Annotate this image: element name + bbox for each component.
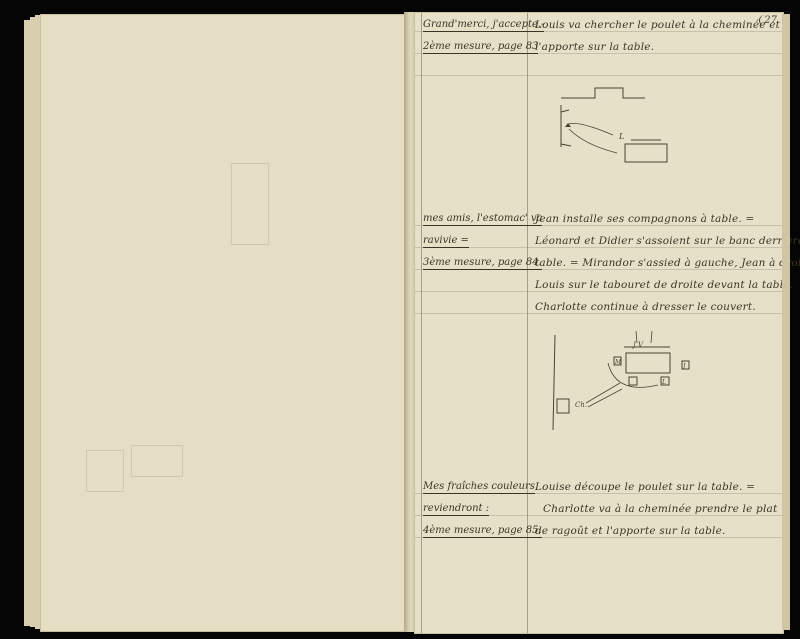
stage-direction: Charlotte continue à dresser le couvert. [535, 301, 756, 313]
sketch-label: L [618, 132, 624, 141]
cue-line: reviendront : [423, 503, 489, 516]
stage-direction: Louise découpe le poulet sur la table. = [535, 481, 755, 493]
cue-line: 2ème mesure, page 83 [423, 41, 538, 54]
sketch-label: M [614, 359, 622, 366]
cue-line: mes amis, l'estomac' va [423, 213, 542, 226]
sketch-label: L [661, 379, 666, 386]
cue-line: Mes fraîches couleurs [423, 481, 535, 494]
stage-direction: table. = Mirandor s'assied à gauche, Jea… [535, 257, 800, 269]
sketch-cheminee-table: L [535, 83, 665, 173]
margin-line [421, 13, 422, 633]
stage-direction: Louis sur le tabouret de droite devant l… [535, 279, 793, 291]
sketch-table-positions: J V M J L Ch. [550, 325, 700, 435]
stage-direction: Jean installe ses compagnons à table. = [535, 213, 754, 225]
right-page: 27 Grand'merci, j'accepte.- 2ème mesure,… [414, 12, 784, 634]
sketch-label: Ch. [575, 401, 587, 409]
stage-direction: Charlotte va à la cheminée prendre le pl… [543, 503, 777, 515]
bleed-through-mark [231, 163, 269, 245]
stage-direction: de ragoût et l'apporte sur la table. [535, 525, 726, 537]
ruled-line [415, 247, 783, 248]
open-book: 27 Grand'merci, j'accepte.- 2ème mesure,… [0, 0, 800, 639]
stage-direction: Léonard et Didier s'assoient sur le banc… [535, 235, 800, 247]
column-divider [527, 13, 528, 633]
cue-line: Grand'merci, j'accepte.- [423, 19, 544, 32]
stage-direction: l'apporte sur la table. [535, 41, 654, 53]
cue-line: 3ème mesure, page 84. [423, 257, 542, 270]
bleed-through-mark [86, 450, 124, 492]
stage-direction: Louis va chercher le poulet à la cheminé… [535, 19, 780, 31]
sketch-label: J V [631, 341, 644, 349]
bleed-through-mark [131, 445, 183, 477]
ruled-line [415, 291, 783, 292]
left-page [40, 14, 406, 632]
book-gutter [404, 12, 414, 632]
ruled-line [415, 313, 783, 314]
cue-line: 4ème mesure, page 85. [423, 525, 542, 538]
page-stack-edge [782, 14, 790, 630]
cue-line: ravivie = [423, 235, 469, 248]
ruled-line [415, 75, 783, 76]
